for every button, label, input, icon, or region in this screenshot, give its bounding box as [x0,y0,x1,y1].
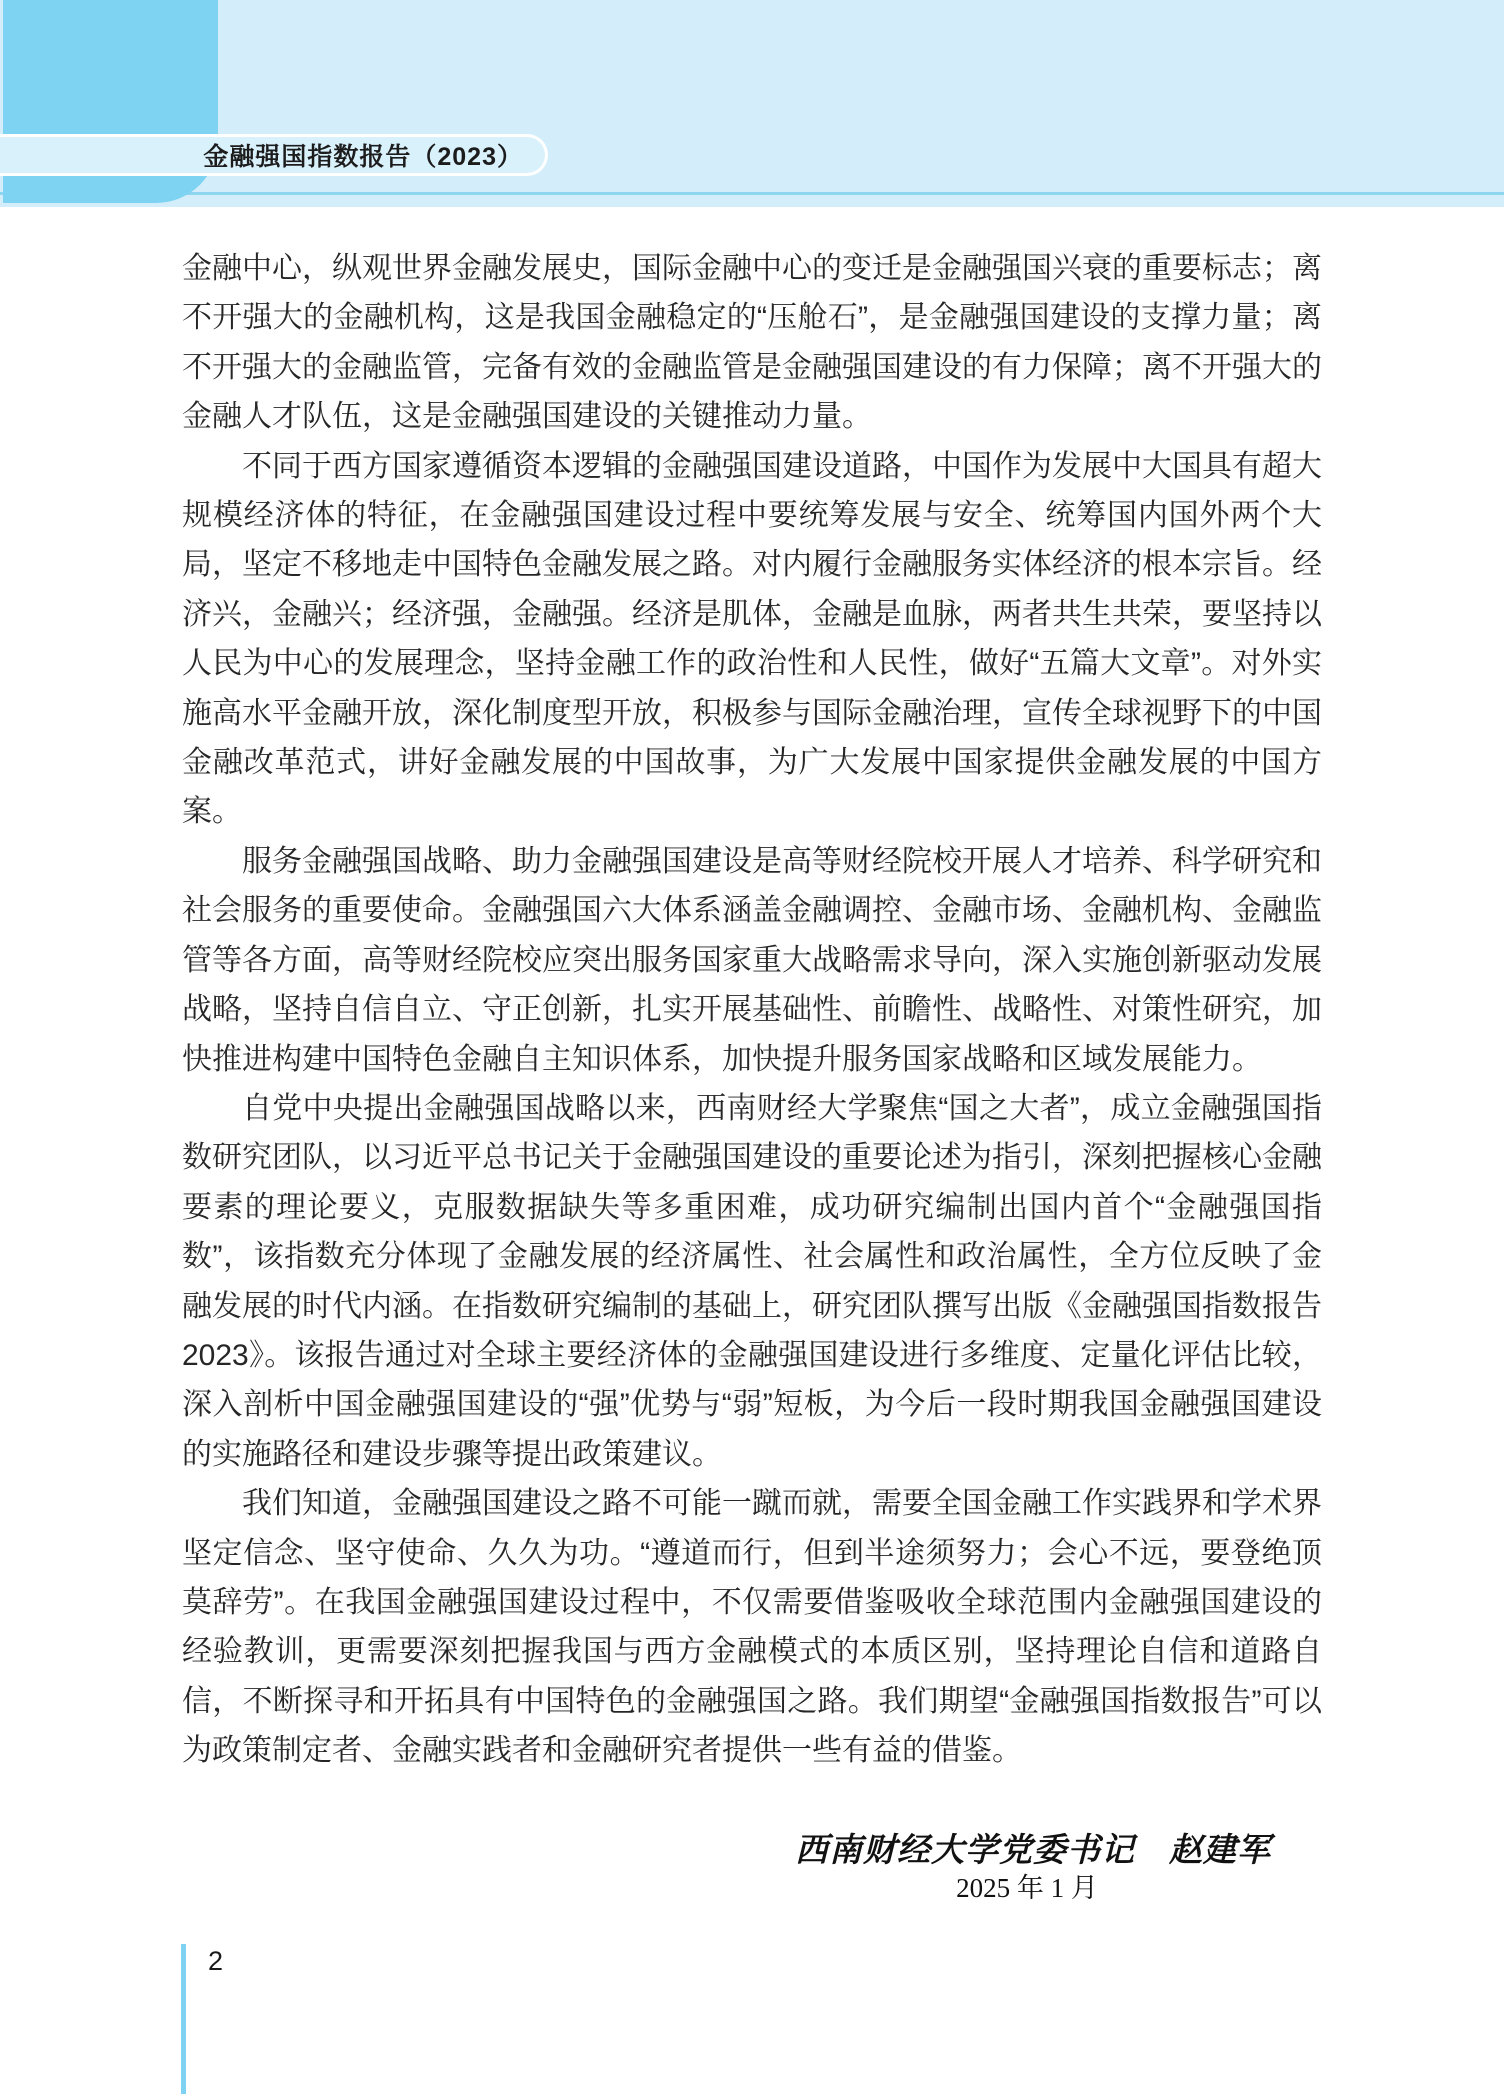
paragraph: 金融中心，纵观世界金融发展史，国际金融中心的变迁是金融强国兴衰的重要标志；离不开… [182,244,1322,442]
header-band: 金融强国指数报告（2023） [0,0,1504,207]
signature-date: 2025 年 1 月 [927,1866,1127,1905]
paragraph: 服务金融强国战略、助力金融强国建设是高等财经院校开展人才培养、科学研究和社会服务… [182,837,1322,1084]
running-header-pill: 金融强国指数报告（2023） [0,134,548,176]
document-page: 金融强国指数报告（2023） 金融中心，纵观世界金融发展史，国际金融中心的变迁是… [0,0,1504,2094]
header-divider-rule [0,192,1504,195]
paragraph: 自党中央提出金融强国战略以来，西南财经大学聚焦“国之大者”，成立金融强国指数研究… [182,1084,1322,1479]
signature-line: 西南财经大学党委书记 赵建军 [795,1824,1265,1871]
body-text-column: 金融中心，纵观世界金融发展史，国际金融中心的变迁是金融强国兴衰的重要标志；离不开… [182,244,1322,1776]
page-number: 2 [208,1946,223,1977]
report-title: 金融强国指数报告（2023） [203,137,523,173]
paragraph: 不同于西方国家遵循资本逻辑的金融强国建设道路，中国作为发展中大国具有超大规模经济… [182,442,1322,837]
page-margin-bar [181,1944,186,2094]
paragraph: 我们知道，金融强国建设之路不可能一蹴而就，需要全国金融工作实践界和学术界坚定信念… [182,1479,1322,1775]
